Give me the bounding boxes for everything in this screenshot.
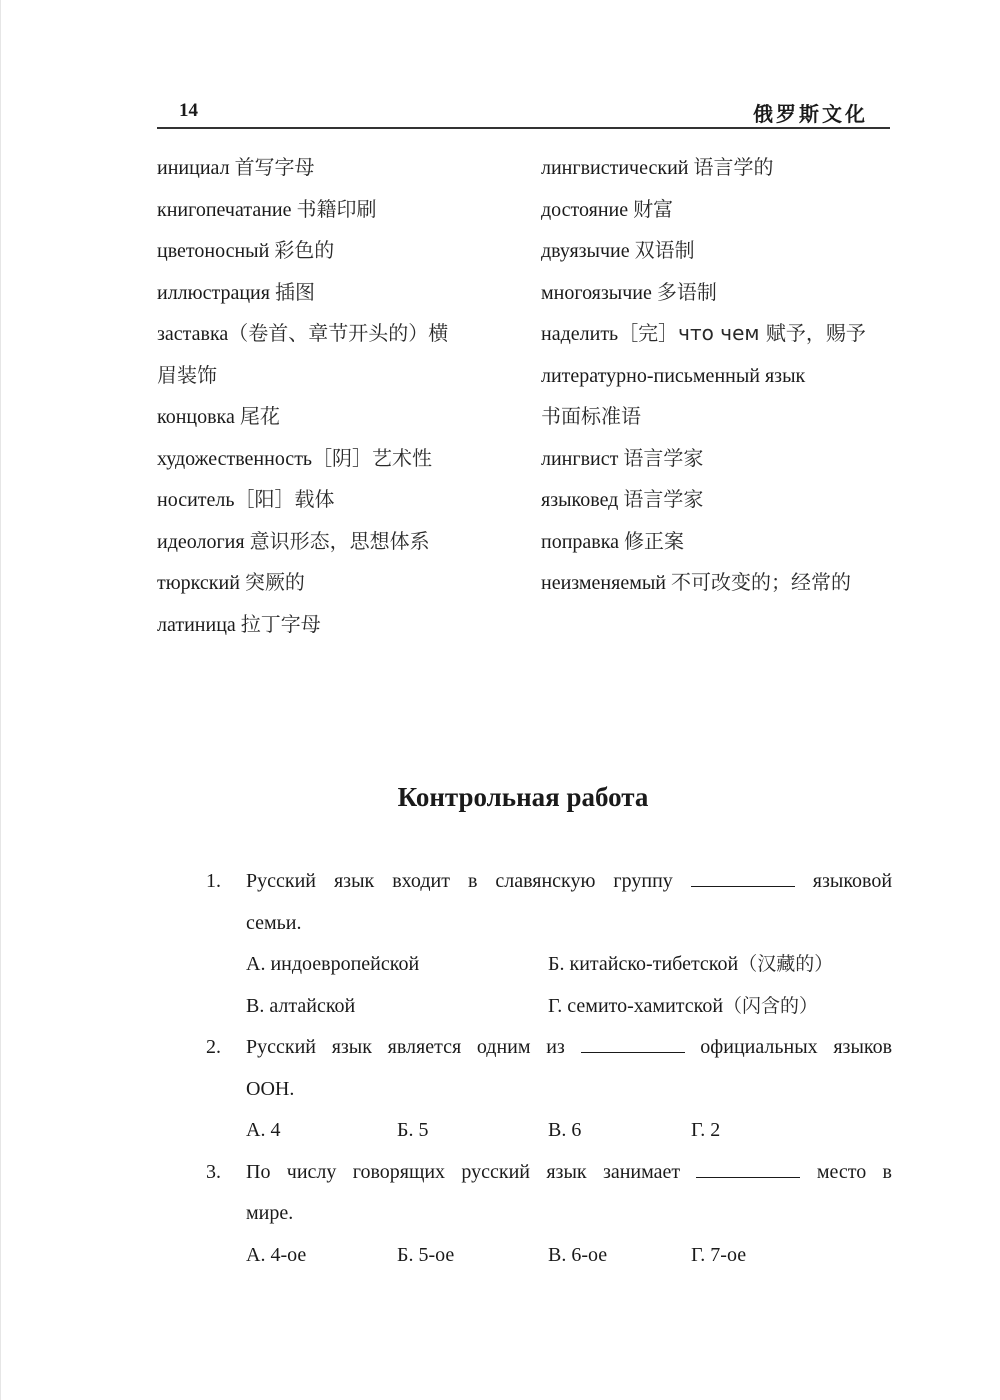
- chinese-gloss: 多语制: [657, 280, 717, 304]
- answer-options-row: А. индоевропейской Б. китайско-тибетской…: [206, 943, 892, 985]
- russian-term: инициал: [157, 157, 230, 179]
- vocab-entry: языковед 语言学家: [541, 480, 897, 522]
- vocab-entry: идеология 意识形态，思想体系: [157, 522, 537, 564]
- question-text: По числу говорящих русский язык занимает…: [246, 1151, 892, 1193]
- vocabulary-column-left: инициал 首写字母 книгопечатание 书籍印刷 цветоно…: [157, 148, 537, 646]
- chinese-gloss: 双语制: [635, 238, 695, 262]
- vocab-entry: лингвистический 语言学的: [541, 148, 897, 190]
- chinese-gloss: 书面标准语: [541, 404, 641, 428]
- question-continuation: мире.: [246, 1192, 293, 1234]
- russian-term: заставка: [157, 323, 228, 345]
- option-c[interactable]: В. 6: [548, 1109, 581, 1151]
- vocab-entry-continuation: 眉装饰: [157, 356, 537, 398]
- chinese-gloss: 彩色的: [274, 238, 334, 262]
- vocab-entry: поправка 修正案: [541, 522, 897, 564]
- vocabulary-column-right: лингвистический 语言学的 достояние 财富 двуязы…: [541, 148, 897, 605]
- option-a[interactable]: А. индоевропейской: [246, 943, 419, 985]
- chinese-gloss: 语言学家: [623, 487, 703, 511]
- vocab-entry: инициал 首写字母: [157, 148, 537, 190]
- option-b[interactable]: Б. 5: [397, 1109, 428, 1151]
- question-text-after: языковой: [813, 870, 892, 892]
- chinese-gloss: 尾花: [240, 404, 280, 428]
- chinese-gloss: 首写字母: [235, 155, 315, 179]
- russian-term: литературно-письменный язык: [541, 365, 805, 387]
- question-text-after: место в: [817, 1161, 892, 1183]
- russian-term: тюркский: [157, 572, 240, 594]
- chinese-gloss: 拉丁字母: [241, 612, 321, 636]
- chinese-gloss: 不可改变的；经常的: [671, 570, 851, 594]
- vocabulary-list: инициал 首写字母 книгопечатание 书籍印刷 цветоно…: [157, 148, 897, 648]
- question-number: 1.: [206, 860, 221, 902]
- question-3: 3. По числу говорящих русский язык заним…: [206, 1151, 892, 1276]
- option-a[interactable]: А. 4: [246, 1109, 280, 1151]
- option-gloss: （汉藏的）: [738, 953, 833, 975]
- russian-term: достояние: [541, 199, 628, 221]
- russian-term: лингвист: [541, 448, 618, 470]
- russian-term: двуязычие: [541, 240, 630, 262]
- question-text-after: официальных языков: [700, 1036, 892, 1058]
- vocab-entry: латиница 拉丁字母: [157, 605, 537, 647]
- chinese-gloss: 书籍印刷: [296, 197, 376, 221]
- russian-term: книгопечатание: [157, 199, 291, 221]
- russian-term: идеология: [157, 531, 245, 553]
- question-2: 2. Русский язык является одним из официа…: [206, 1026, 892, 1151]
- chinese-gloss: 眉装饰: [157, 363, 217, 387]
- question-text-before: Русский язык является одним из: [246, 1036, 565, 1058]
- answer-blank[interactable]: [691, 866, 795, 887]
- russian-term: неизменяемый: [541, 572, 666, 594]
- question-text: Русский язык является одним из официальн…: [246, 1026, 892, 1068]
- vocab-entry: цветоносный 彩色的: [157, 231, 537, 273]
- answer-blank[interactable]: [696, 1157, 800, 1178]
- russian-term: иллюстрация: [157, 282, 270, 304]
- russian-term: поправка: [541, 531, 619, 553]
- chinese-gloss: 财富: [633, 197, 673, 221]
- chinese-gloss: 修正案: [624, 529, 684, 553]
- question-text-before: Русский язык входит в славянскую группу: [246, 870, 673, 892]
- russian-term: наделить: [541, 323, 618, 345]
- vocab-entry-continuation: 书面标准语: [541, 397, 897, 439]
- header-rule: [157, 127, 890, 129]
- chinese-gloss: 语言学的: [694, 155, 774, 179]
- vocab-entry: достояние 财富: [541, 190, 897, 232]
- chinese-gloss: （卷首、章节开头的）横: [228, 321, 448, 345]
- vocab-entry: лингвист 语言学家: [541, 439, 897, 481]
- answer-options-row: В. алтайской Г. семито-хамитской（闪含的）: [206, 985, 892, 1027]
- question-number: 2.: [206, 1026, 221, 1068]
- vocab-entry: иллюстрация 插图: [157, 273, 537, 315]
- vocab-entry: концовка 尾花: [157, 397, 537, 439]
- option-c[interactable]: В. алтайской: [246, 985, 355, 1027]
- option-d[interactable]: Г. семито-хамитской（闪含的）: [548, 985, 818, 1027]
- answer-options-row: А. 4 Б. 5 В. 6 Г. 2: [206, 1109, 892, 1151]
- russian-term: многоязычие: [541, 282, 652, 304]
- russian-term: латиница: [157, 614, 236, 636]
- vocab-entry: неизменяемый 不可改变的；经常的: [541, 563, 897, 605]
- running-head: 14 俄罗斯文化: [157, 96, 890, 126]
- option-gloss: （闪含的）: [723, 995, 818, 1017]
- vocab-entry: наделить［完］что чем 赋予，赐予: [541, 314, 897, 356]
- question-1: 1. Русский язык входит в славянскую груп…: [206, 860, 892, 1026]
- chinese-gloss: ［完］что чем 赋予，赐予: [618, 321, 866, 345]
- chinese-gloss: 语言学家: [623, 446, 703, 470]
- page-edge: [0, 0, 1, 1400]
- russian-term: цветоносный: [157, 240, 269, 262]
- vocab-entry: книгопечатание 书籍印刷: [157, 190, 537, 232]
- russian-term: носитель: [157, 489, 235, 511]
- vocab-entry: многоязычие 多语制: [541, 273, 897, 315]
- question-continuation: семьи.: [246, 902, 301, 944]
- chinese-gloss: 插图: [275, 280, 315, 304]
- vocab-entry: тюркский 突厥的: [157, 563, 537, 605]
- option-b[interactable]: Б. китайско-тибетской（汉藏的）: [548, 943, 833, 985]
- chinese-gloss: 意识形态，思想体系: [250, 529, 430, 553]
- russian-term: художественность: [157, 448, 312, 470]
- chinese-gloss: ［阴］艺术性: [312, 446, 432, 470]
- option-b[interactable]: Б. 5-ое: [397, 1234, 454, 1276]
- vocab-entry: художественность［阴］艺术性: [157, 439, 537, 481]
- option-d[interactable]: Г. 2: [691, 1109, 720, 1151]
- option-d[interactable]: Г. 7-ое: [691, 1234, 746, 1276]
- answer-blank[interactable]: [581, 1032, 685, 1053]
- vocab-entry: носитель［阳］载体: [157, 480, 537, 522]
- question-continuation: ООН.: [246, 1068, 294, 1110]
- page-number: 14: [179, 100, 198, 122]
- vocab-entry: заставка（卷首、章节开头的）横: [157, 314, 537, 356]
- question-text-before: По числу говорящих русский язык занимает: [246, 1161, 680, 1183]
- question-number: 3.: [206, 1151, 221, 1193]
- chinese-gloss: 突厥的: [245, 570, 305, 594]
- vocab-entry: двуязычие 双语制: [541, 231, 897, 273]
- russian-term: лингвистический: [541, 157, 689, 179]
- exercise-list: 1. Русский язык входит в славянскую груп…: [206, 860, 892, 1275]
- vocab-entry: литературно-письменный язык: [541, 356, 897, 398]
- option-a[interactable]: А. 4-ое: [246, 1234, 306, 1276]
- option-c[interactable]: В. 6-ое: [548, 1234, 607, 1276]
- answer-options-row: А. 4-ое Б. 5-ое В. 6-ое Г. 7-ое: [206, 1234, 892, 1276]
- question-text: Русский язык входит в славянскую группу …: [246, 860, 892, 902]
- russian-term: языковед: [541, 489, 618, 511]
- section-title: Контрольная работа: [0, 782, 1000, 813]
- chinese-gloss: ［阳］载体: [235, 487, 335, 511]
- russian-term: концовка: [157, 406, 235, 428]
- book-title: 俄罗斯文化: [753, 98, 868, 127]
